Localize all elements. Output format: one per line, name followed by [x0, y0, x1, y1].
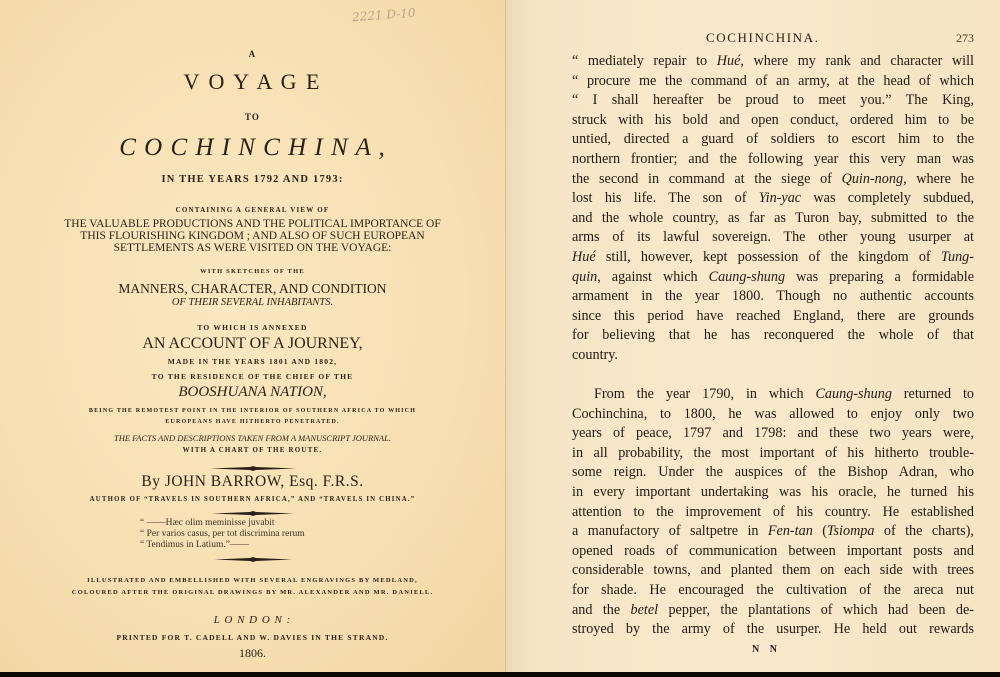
chart-line: WITH A CHART OF THE ROUTE. — [0, 446, 505, 454]
motto-line: “ ——Hæc olim meminisse juvabit — [140, 518, 305, 529]
title-voyage: V O Y A G E — [0, 69, 505, 95]
annexed-line: TO WHICH IS ANNEXED — [0, 323, 505, 332]
title-years: IN THE YEARS 1792 AND 1793: — [0, 174, 505, 185]
title-page: 2221 D-10 A V O Y A G E TO C O C H I N C… — [0, 0, 506, 672]
italic-term: Hué — [572, 249, 596, 265]
text-line: years of peace, 1797 and 1798: and these… — [572, 424, 974, 444]
nation-line: BOOSHUANA NATION, — [0, 384, 505, 401]
text-line: quin, against which Caung-shung was prep… — [572, 268, 974, 288]
text-line: struck with his bold and open conduct, o… — [572, 111, 974, 131]
being-line-2: EUROPEANS HAVE HITHERTO PENETRATED. — [0, 419, 505, 425]
text-line: the second in command at the siege of Qu… — [572, 170, 974, 190]
text-line: “ mediately repair to Hué, where my rank… — [572, 52, 974, 72]
illustrated-line-2: COLOURED AFTER THE ORIGINAL DRAWINGS BY … — [0, 589, 505, 596]
text-line: lost his life. The son of Yin-yac was co… — [572, 189, 974, 209]
text-line: attention to the improvement of his coun… — [572, 503, 974, 523]
text-run: the second in command at the siege of — [572, 171, 842, 187]
text-line: northern frontier; and the following yea… — [572, 150, 974, 170]
imprint-year: 1806. — [0, 646, 505, 661]
description-line-1: THE VALUABLE PRODUCTIONS AND THE POLITIC… — [0, 218, 505, 230]
text-line: country. — [572, 346, 974, 366]
text-run: , where he — [903, 171, 974, 187]
text-run: opened roads of communication between im… — [572, 543, 974, 559]
author-line: By JOHN BARROW, Esq. F.R.S. — [0, 473, 505, 491]
text-line: Cochinchina, to 1800, he was allowed to … — [572, 405, 974, 425]
text-line: a manufactory of saltpetre in Fen-tan (T… — [572, 522, 974, 542]
text-run: , where my rank and character will — [740, 53, 974, 69]
text-run: lost his life. The son of — [572, 190, 759, 206]
text-line: and the betel pepper, the plantations of… — [572, 601, 974, 621]
paragraph-break — [572, 366, 974, 386]
text-run: in every important undertaking was his o… — [572, 484, 974, 500]
containing-line: CONTAINING A GENERAL VIEW OF — [0, 206, 505, 214]
text-run: “ mediately repair to — [572, 53, 717, 69]
text-line: stroyed by the army of the usurper. He h… — [572, 620, 974, 640]
imprint-city: L O N D O N : — [0, 614, 505, 626]
text-run: a manufactory of saltpetre in — [572, 523, 768, 539]
description-line-2: THIS FLOURISHING KINGDOM ; AND ALSO OF S… — [0, 230, 505, 242]
account-line: AN ACCOUNT OF A JOURNEY, — [0, 335, 505, 353]
text-run: northern frontier; and the following yea… — [572, 151, 974, 167]
printer-line: PRINTED FOR T. CADELL AND W. DAVIES IN T… — [0, 633, 505, 642]
italic-term: quin — [572, 269, 597, 285]
ornamental-rule — [214, 557, 292, 560]
text-run: untied, directed a guard of soldiers to … — [572, 131, 974, 147]
text-run: ( — [813, 523, 827, 539]
residence-line: TO THE RESIDENCE OF THE CHIEF OF THE — [0, 372, 505, 381]
sketches-line: WITH SKETCHES OF THE — [0, 268, 505, 275]
text-line: Hué still, however, kept possession of t… — [572, 248, 974, 268]
description-line-3: SETTLEMENTS AS WERE VISITED ON THE VOYAG… — [0, 242, 505, 254]
text-run: was completely subdued, — [801, 190, 974, 206]
text-line: in all probability, the most important o… — [572, 444, 974, 464]
text-run: for shade. He encouraged the cultivation… — [572, 582, 974, 598]
inhabitants-line: OF THEIR SEVERAL INHABITANTS. — [0, 297, 505, 308]
italic-term: Hué — [717, 53, 741, 69]
text-line: From the year 1790, in which Caung-shung… — [572, 385, 974, 405]
text-run: pepper, the plantations of which had bee… — [658, 602, 974, 618]
text-run: struck with his bold and open conduct, o… — [572, 112, 974, 128]
text-run: arms of its lawful sovereign. The other … — [572, 229, 974, 245]
page-number: 273 — [956, 31, 974, 46]
text-run: returned to — [892, 386, 974, 402]
text-line: arms of its lawful sovereign. The other … — [572, 228, 974, 248]
author-works-line: AUTHOR OF “TRAVELS IN SOUTHERN AFRICA,” … — [0, 496, 505, 503]
text-run: some reign. Under the auspices of the Bi… — [572, 464, 974, 480]
ornamental-rule — [210, 466, 296, 469]
text-run: country. — [572, 347, 618, 363]
title-to: TO — [0, 112, 505, 122]
text-run: since this period have reached England, … — [572, 308, 974, 324]
running-head: COCHINCHINA. — [706, 30, 819, 46]
text-line: considerable towns, and planted them on … — [572, 561, 974, 581]
text-run: “ I shall hereafter be proud to meet you… — [572, 92, 974, 108]
text-run: From the year 1790, in which — [594, 386, 815, 402]
text-run: years of peace, 1797 and 1798: and these… — [572, 425, 974, 441]
text-run: was preparing a formidable — [785, 269, 974, 285]
shelfmark-annotation: 2221 D-10 — [352, 6, 416, 24]
text-line: “ procure me the command of an army, at … — [572, 72, 974, 92]
text-run: considerable towns, and planted them on … — [572, 562, 974, 578]
text-run: “ procure me the command of an army, at … — [572, 73, 974, 89]
text-run: stroyed by the army of the usurper. He h… — [572, 621, 974, 637]
manners-line: MANNERS, CHARACTER, AND CONDITION — [0, 281, 505, 297]
ornamental-rule — [212, 511, 294, 514]
text-run: attention to the improvement of his coun… — [572, 504, 974, 520]
italic-term: betel — [631, 602, 659, 618]
text-run: in all probability, the most important o… — [572, 445, 974, 461]
text-run: , against which — [597, 269, 708, 285]
text-run: Cochinchina, to 1800, he was allowed to … — [572, 406, 974, 422]
being-line-1: BEING THE REMOTEST POINT IN THE INTERIOR… — [0, 408, 505, 414]
text-run: armament in the year 1800. Though no aut… — [572, 288, 974, 304]
body-text: “ mediately repair to Hué, where my rank… — [572, 52, 974, 640]
motto-line: “ Per varios casus, per tot discrimina r… — [140, 529, 305, 540]
text-line: untied, directed a guard of soldiers to … — [572, 130, 974, 150]
text-line: in every important undertaking was his o… — [572, 483, 974, 503]
text-line: for shade. He encouraged the cultivation… — [572, 581, 974, 601]
text-run: still, however, kept possession of the k… — [596, 249, 941, 265]
facts-line: THE FACTS AND DESCRIPTIONS TAKEN FROM A … — [0, 433, 505, 443]
text-line: some reign. Under the auspices of the Bi… — [572, 463, 974, 483]
text-line: and the whole country, as far as Turon b… — [572, 209, 974, 229]
book-spread: 2221 D-10 A V O Y A G E TO C O C H I N C… — [0, 0, 1000, 672]
italic-term: Yin-yac — [759, 190, 801, 206]
title-article: A — [0, 49, 505, 59]
latin-motto: “ ——Hæc olim meminisse juvabit “ Per var… — [140, 518, 305, 551]
italic-term: Fen-tan — [768, 523, 813, 539]
italic-term: Caung-shung — [815, 386, 891, 402]
italic-term: Caung-shung — [709, 269, 785, 285]
text-line: opened roads of communication between im… — [572, 542, 974, 562]
text-line: armament in the year 1800. Though no aut… — [572, 287, 974, 307]
illustrated-line-1: ILLUSTRATED AND EMBELLISHED WITH SEVERAL… — [0, 577, 505, 584]
title-cochinchina: C O C H I N C H I N A , — [0, 134, 505, 162]
text-line: “ I shall hereafter be proud to meet you… — [572, 91, 974, 111]
text-run: for believing that he has reconquered th… — [572, 327, 974, 343]
text-line: for believing that he has reconquered th… — [572, 326, 974, 346]
italic-term: Tung- — [941, 249, 974, 265]
text-line: since this period have reached England, … — [572, 307, 974, 327]
signature-mark: N N — [752, 644, 781, 655]
text-run: and the — [572, 602, 631, 618]
text-run: and the whole country, as far as Turon b… — [572, 210, 974, 226]
made-in-line: MADE IN THE YEARS 1801 AND 1802, — [0, 357, 505, 366]
motto-line: “ Tendimus in Latium.”—— — [140, 540, 305, 551]
text-run: of the charts), — [875, 523, 974, 539]
italic-term: Quin-nong — [842, 171, 903, 187]
italic-term: Tsiompa — [827, 523, 875, 539]
